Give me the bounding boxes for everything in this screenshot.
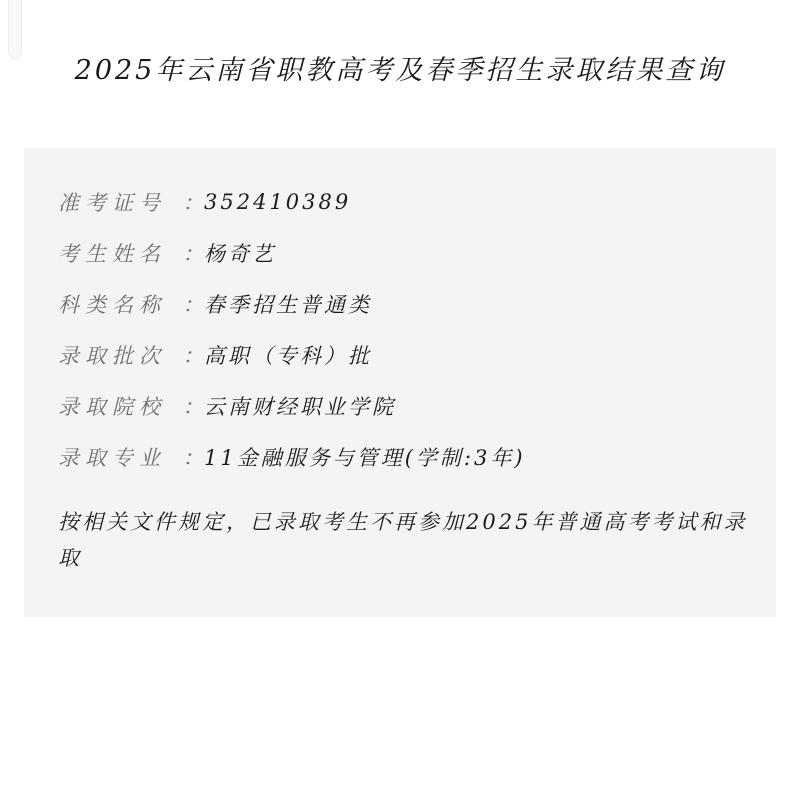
admission-batch-value: 高职（专科）批 — [204, 340, 372, 370]
page-title: 2025年云南省职教高考及春季招生录取结果查询 — [0, 48, 800, 87]
admission-school-value: 云南财经职业学院 — [204, 391, 396, 421]
field-label: 科类名称 — [58, 289, 182, 319]
field-label: 录取专业 — [58, 442, 182, 472]
admission-major-value: 11金融服务与管理(学制:3年) — [204, 442, 526, 472]
field-colon: ： — [182, 289, 204, 319]
field-row-admission-major: 录取专业 ： 11金融服务与管理(学制:3年) — [58, 439, 526, 475]
field-label: 录取批次 — [58, 340, 182, 370]
field-colon: ： — [182, 442, 204, 472]
field-label: 考生姓名 — [58, 238, 182, 268]
field-colon: ： — [182, 187, 204, 217]
field-row-exam-number: 准考证号 ： 352410389 — [58, 184, 351, 220]
field-row-admission-school: 录取院校 ： 云南财经职业学院 — [58, 388, 396, 424]
field-row-category: 科类名称 ： 春季招生普通类 — [58, 286, 372, 322]
candidate-name-value: 杨奇艺 — [204, 238, 276, 268]
notice-text: 按相关文件规定，已录取考生不再参加2025年普通高考考试和录取 — [58, 504, 758, 576]
field-row-admission-batch: 录取批次 ： 高职（专科）批 — [58, 337, 372, 373]
field-colon: ： — [182, 391, 204, 421]
field-row-candidate-name: 考生姓名 ： 杨奇艺 — [58, 235, 276, 271]
field-colon: ： — [182, 238, 204, 268]
admission-result-card: 准考证号 ： 352410389 考生姓名 ： 杨奇艺 科类名称 ： 春季招生普… — [24, 148, 776, 617]
field-label: 录取院校 — [58, 391, 182, 421]
category-value: 春季招生普通类 — [204, 289, 372, 319]
exam-number-value: 352410389 — [204, 190, 351, 214]
field-label: 准考证号 — [58, 187, 182, 217]
field-colon: ： — [182, 340, 204, 370]
